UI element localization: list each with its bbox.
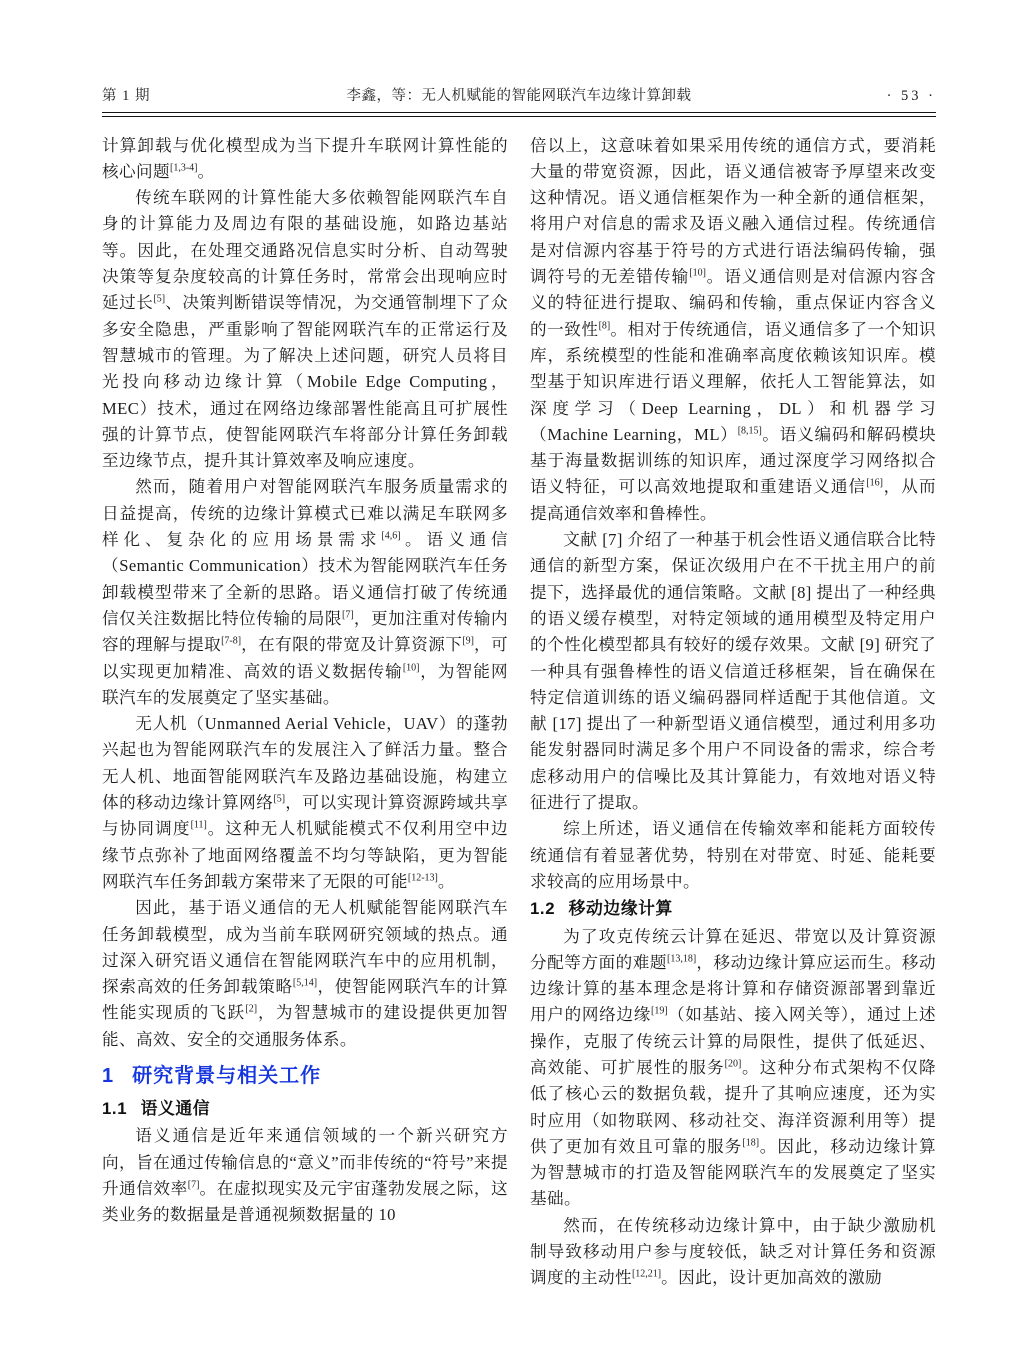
reference-superscript: [20]: [725, 1058, 742, 1069]
paragraph: 综上所述，语义通信在传输效率和能耗方面较传统通信有着显著优势，特别在对带宽、时延…: [530, 816, 936, 895]
reference-superscript: [7-8]: [221, 636, 241, 647]
reference-superscript: [4,6]: [381, 531, 400, 542]
subsection-heading: 1.1语义通信: [102, 1096, 508, 1122]
page-number: · 53 ·: [796, 88, 936, 105]
paragraph: 计算卸载与优化模型成为当下提升车联网计算性能的核心问题[1,3-4]。: [102, 133, 508, 186]
right-column: 倍以上，这意味着如果采用传统的通信方式，要消耗大量的带宽资源，因此，语义通信被寄…: [530, 133, 936, 1292]
section-title: 移动边缘计算: [569, 899, 673, 918]
journal-header: 第 1 期 李鑫，等：无人机赋能的智能网联汽车边缘计算卸载 · 53 ·: [102, 84, 936, 105]
section-title: 语义通信: [141, 1099, 211, 1118]
reference-superscript: [8,15]: [738, 425, 762, 436]
reference-superscript: [12,21]: [632, 1269, 661, 1280]
reference-superscript: [1,3-4]: [170, 162, 198, 173]
two-column-body: 计算卸载与优化模型成为当下提升车联网计算性能的核心问题[1,3-4]。传统车联网…: [102, 133, 936, 1292]
section-number: 1.2: [530, 899, 555, 918]
paragraph: 无人机（Unmanned Aerial Vehicle，UAV）的蓬勃兴起也为智…: [102, 711, 508, 895]
section-number: 1: [102, 1065, 114, 1087]
reference-superscript: [5]: [273, 793, 285, 804]
reference-superscript: [10]: [689, 268, 706, 279]
reference-superscript: [16]: [866, 478, 883, 489]
reference-superscript: [10]: [403, 662, 420, 673]
reference-superscript: [9]: [462, 636, 474, 647]
paragraph: 文献 [7] 介绍了一种基于机会性语义通信联合比特通信的新型方案，保证次级用户在…: [530, 527, 936, 816]
reference-superscript: [7]: [188, 1179, 200, 1190]
header-divider: [102, 112, 936, 117]
reference-superscript: [5]: [153, 294, 165, 305]
reference-superscript: [8]: [599, 320, 611, 331]
reference-superscript: [5,14]: [293, 978, 317, 989]
section-heading: 1研究背景与相关工作: [102, 1061, 508, 1091]
reference-superscript: [11]: [191, 820, 207, 831]
left-column: 计算卸载与优化模型成为当下提升车联网计算性能的核心问题[1,3-4]。传统车联网…: [102, 133, 508, 1292]
paragraph: 然而，在传统移动边缘计算中，由于缺少激励机制导致移动用户参与度较低，缺乏对计算任…: [530, 1213, 936, 1292]
reference-superscript: [7]: [342, 609, 354, 620]
issue-label: 第 1 期: [102, 84, 242, 105]
reference-superscript: [13,18]: [667, 953, 696, 964]
reference-superscript: [18]: [742, 1137, 759, 1148]
paragraph: 倍以上，这意味着如果采用传统的通信方式，要消耗大量的带宽资源，因此，语义通信被寄…: [530, 133, 936, 527]
paper-page: 第 1 期 李鑫，等：无人机赋能的智能网联汽车边缘计算卸载 · 53 · 计算卸…: [0, 0, 1018, 1371]
section-number: 1.1: [102, 1099, 127, 1118]
section-title: 研究背景与相关工作: [132, 1065, 321, 1087]
subsection-heading: 1.2移动边缘计算: [530, 896, 936, 922]
paragraph: 因此，基于语义通信的无人机赋能智能网联汽车任务卸载模型，成为当前车联网研究领域的…: [102, 895, 508, 1053]
reference-superscript: [19]: [651, 1006, 668, 1017]
paragraph: 然而，随着用户对智能网联汽车服务质量需求的日益提高，传统的边缘计算模式已难以满足…: [102, 474, 508, 711]
paragraph: 传统车联网的计算性能大多依赖智能网联汽车自身的计算能力及周边有限的基础设施，如路…: [102, 185, 508, 474]
running-title: 李鑫，等：无人机赋能的智能网联汽车边缘计算卸载: [242, 84, 796, 105]
reference-superscript: [2]: [245, 1004, 257, 1015]
reference-superscript: [12-13]: [408, 872, 438, 883]
paragraph: 语义通信是近年来通信领域的一个新兴研究方向，旨在通过传输信息的“意义”而非传统的…: [102, 1123, 508, 1228]
paragraph: 为了攻克传统云计算在延迟、带宽以及计算资源分配等方面的难题[13,18]，移动边…: [530, 924, 936, 1213]
